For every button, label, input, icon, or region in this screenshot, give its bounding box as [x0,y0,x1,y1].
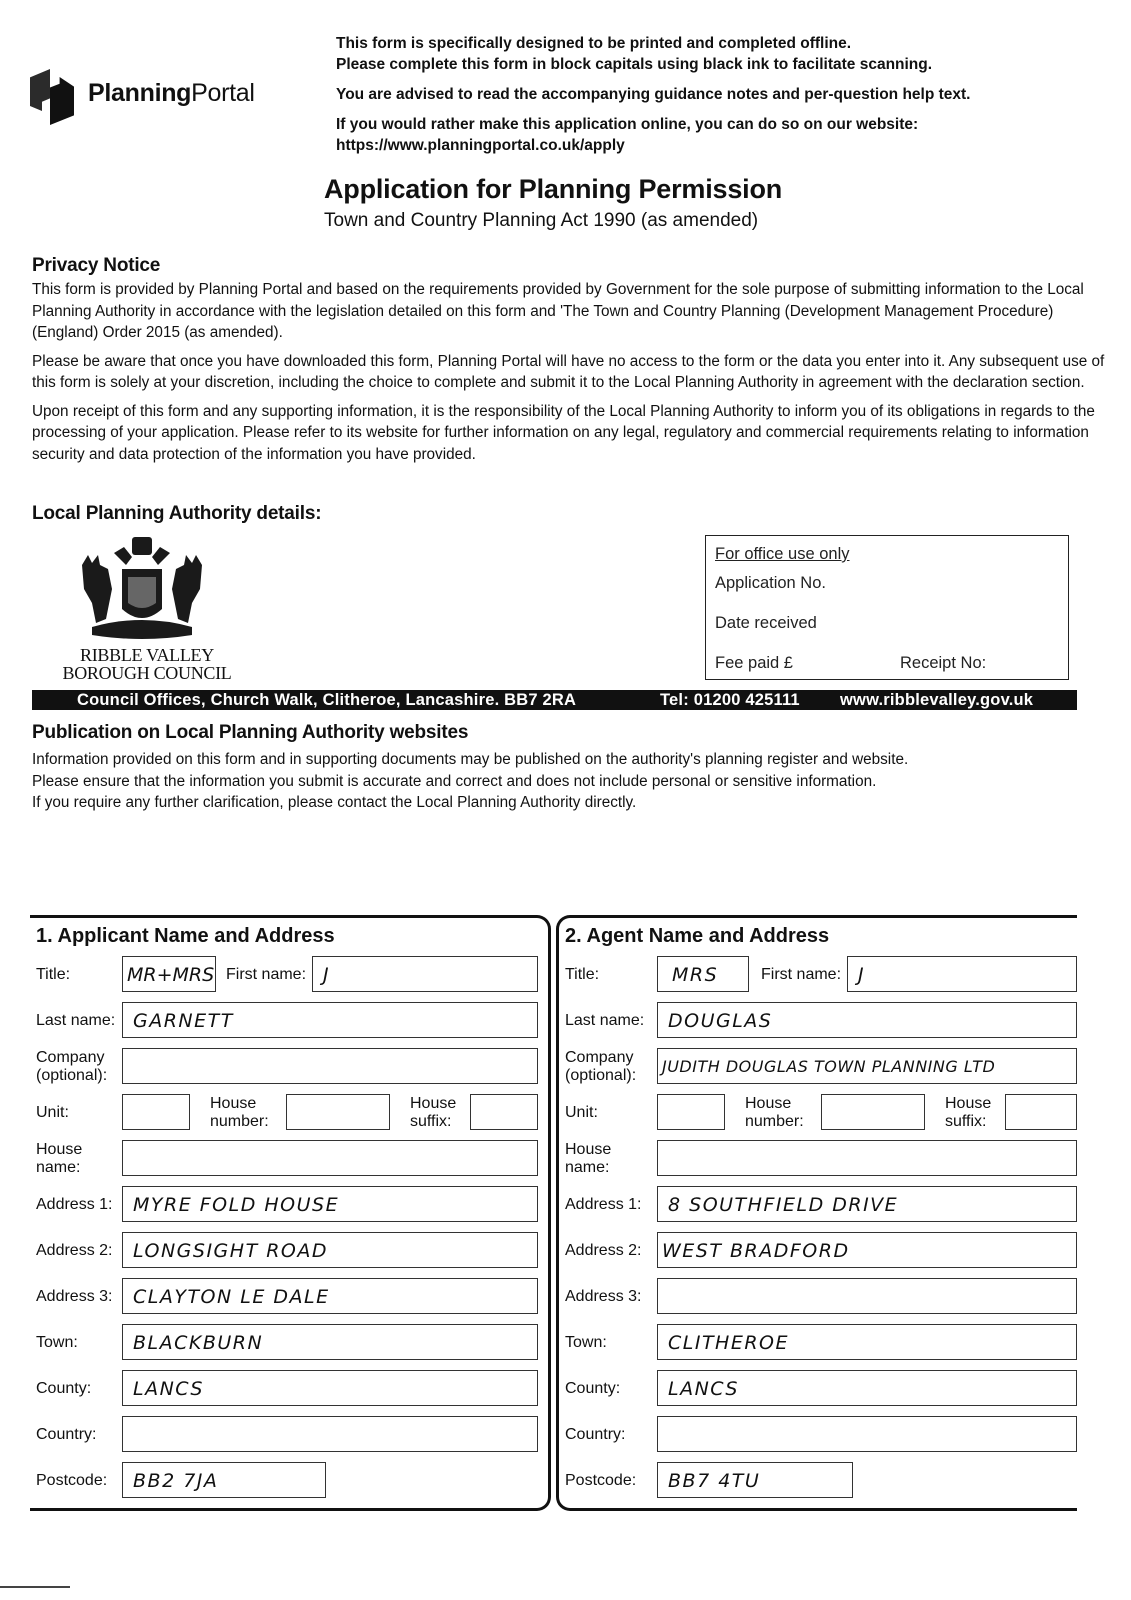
agent-section: 2. Agent Name and Address Title: MRS Fir… [556,915,1077,1511]
house-number-label: Housenumber: [745,1095,804,1131]
council-crest-icon [62,535,222,647]
applicant-address1-field[interactable]: MYRE FOLD HOUSE [122,1186,538,1222]
publication-line: If you require any further clarification… [32,792,1107,814]
last-name-label: Last name: [36,1012,115,1030]
privacy-body: This form is provided by Planning Portal… [32,279,1107,472]
publication-body: Information provided on this form and in… [32,749,1107,814]
lpa-heading: Local Planning Authority details: [32,503,321,525]
unit-label: Unit: [36,1104,69,1122]
agent-heading: 2. Agent Name and Address [565,925,829,948]
office-use-box: For office use only Application No. Date… [705,535,1069,680]
applicant-address3-field[interactable]: CLAYTON LE DALE [122,1278,538,1314]
page-subtitle: Town and Country Planning Act 1990 (as a… [324,210,758,232]
apply-online-link[interactable]: https://www.planningportal.co.uk/apply [336,137,625,154]
country-label: Country: [36,1426,96,1444]
page-title: Application for Planning Permission [324,174,782,205]
agent-house-number-field[interactable] [821,1094,925,1130]
privacy-paragraph: Please be aware that once you have downl… [32,351,1107,394]
applicant-address2-field[interactable]: LONGSIGHT ROAD [122,1232,538,1268]
publication-line: Information provided on this form and in… [32,749,1107,771]
county-label: County: [565,1380,620,1398]
house-name-label: Housename: [36,1141,82,1177]
address2-label: Address 2: [565,1242,641,1260]
unit-label: Unit: [565,1104,598,1122]
privacy-paragraph: Upon receipt of this form and any suppor… [32,401,1107,466]
agent-house-name-field[interactable] [657,1140,1077,1176]
applicant-house-number-field[interactable] [286,1094,390,1130]
council-name: RIBBLE VALLEY BOROUGH COUNCIL [42,646,252,682]
agent-unit-field[interactable] [657,1094,725,1130]
publication-line: Please ensure that the information you s… [32,771,1107,793]
title-label: Title: [565,966,599,984]
agent-first-name-field[interactable]: J [847,956,1077,992]
council-website-link[interactable]: www.ribblevalley.gov.uk [840,690,1033,710]
town-label: Town: [36,1334,78,1352]
privacy-heading: Privacy Notice [32,255,160,277]
applicant-house-suffix-field[interactable] [470,1094,538,1130]
intro-line: This form is specifically designed to be… [336,33,1096,75]
agent-title-field[interactable]: MRS [657,956,749,992]
fee-paid-label: Fee paid £ [715,654,793,673]
application-no-label: Application No. [715,574,826,593]
postcode-label: Postcode: [36,1472,107,1490]
first-name-label: First name: [761,966,841,984]
last-name-label: Last name: [565,1012,644,1030]
county-label: County: [36,1380,91,1398]
house-suffix-label: Housesuffix: [945,1095,991,1131]
agent-address1-field[interactable]: 8 SOUTHFIELD DRIVE [657,1186,1077,1222]
agent-county-field[interactable]: LANCS [657,1370,1077,1406]
planning-portal-logo-icon [30,61,74,125]
agent-last-name-field[interactable]: DOUGLAS [657,1002,1077,1038]
agent-address2-field[interactable]: WEST BRADFORD [657,1232,1077,1268]
house-number-label: Housenumber: [210,1095,269,1131]
address2-label: Address 2: [36,1242,112,1260]
intro-instructions: This form is specifically designed to be… [336,33,1096,165]
applicant-house-name-field[interactable] [122,1140,538,1176]
applicant-company-field[interactable] [122,1048,538,1084]
applicant-country-field[interactable] [122,1416,538,1452]
office-use-title: For office use only [715,545,850,564]
intro-line: You are advised to read the accompanying… [336,84,1096,105]
agent-country-field[interactable] [657,1416,1077,1452]
applicant-last-name-field[interactable]: GARNETT [122,1002,538,1038]
agent-house-suffix-field[interactable] [1005,1094,1077,1130]
intro-line: If you would rather make this applicatio… [336,114,1096,156]
agent-address3-field[interactable] [657,1278,1077,1314]
applicant-first-name-field[interactable]: J [312,956,538,992]
date-received-label: Date received [715,614,817,633]
council-phone: Tel: 01200 425111 [660,690,800,710]
council-address: Council Offices, Church Walk, Clitheroe,… [77,690,576,710]
agent-postcode-field[interactable]: BB7 4TU [657,1462,853,1498]
address3-label: Address 3: [36,1288,112,1306]
publication-heading: Publication on Local Planning Authority … [32,722,468,744]
first-name-label: First name: [226,966,306,984]
scan-mark-divider [0,1586,70,1588]
planning-portal-wordmark: PlanningPortal [88,79,255,108]
company-label: Company(optional): [565,1049,636,1085]
agent-town-field[interactable]: CLITHEROE [657,1324,1077,1360]
applicant-unit-field[interactable] [122,1094,190,1130]
town-label: Town: [565,1334,607,1352]
house-suffix-label: Housesuffix: [410,1095,456,1131]
address1-label: Address 1: [36,1196,112,1214]
house-name-label: Housename: [565,1141,611,1177]
applicant-title-field[interactable]: MR+MRS [122,956,216,992]
applicant-section: 1. Applicant Name and Address Title: MR+… [30,915,551,1511]
privacy-paragraph: This form is provided by Planning Portal… [32,279,1107,344]
title-label: Title: [36,966,70,984]
council-contact-bar: Council Offices, Church Walk, Clitheroe,… [32,690,1077,710]
receipt-no-label: Receipt No: [900,654,986,673]
applicant-county-field[interactable]: LANCS [122,1370,538,1406]
applicant-postcode-field[interactable]: BB2 7JA [122,1462,326,1498]
address3-label: Address 3: [565,1288,641,1306]
applicant-town-field[interactable]: BLACKBURN [122,1324,538,1360]
address1-label: Address 1: [565,1196,641,1214]
agent-company-field[interactable]: JUDITH DOUGLAS TOWN PLANNING LTD [657,1048,1077,1084]
applicant-heading: 1. Applicant Name and Address [36,925,335,948]
planning-portal-logo: PlanningPortal [30,58,300,128]
postcode-label: Postcode: [565,1472,636,1490]
company-label: Company(optional): [36,1049,107,1085]
country-label: Country: [565,1426,625,1444]
